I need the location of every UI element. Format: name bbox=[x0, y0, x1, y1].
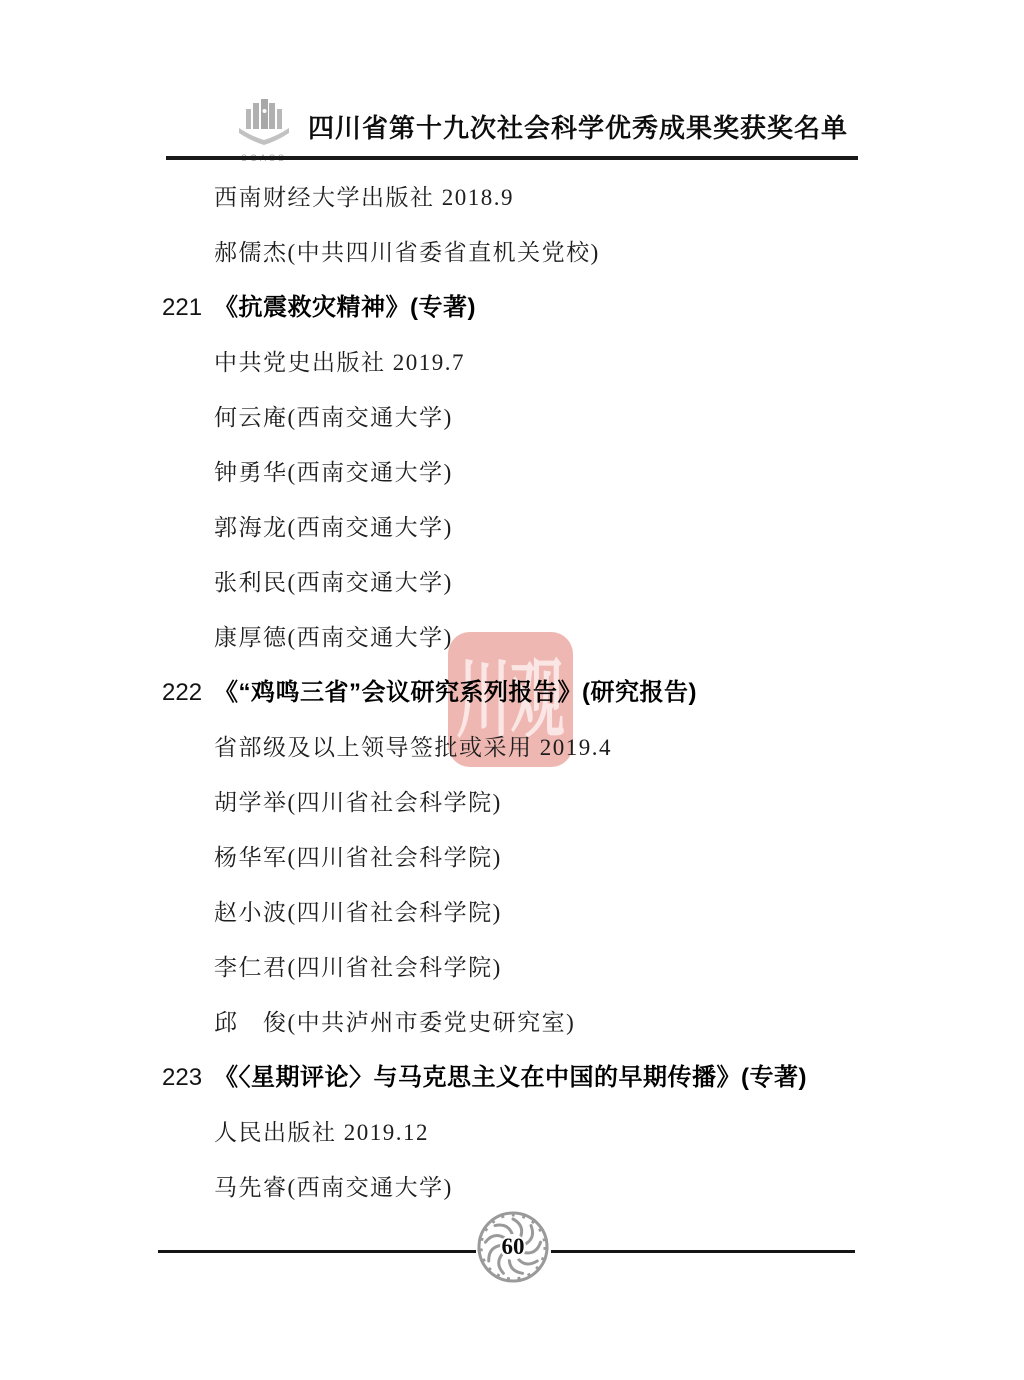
entry-detail: 马先睿(西南交通大学) bbox=[0, 1160, 1024, 1215]
entry-detail: 康厚德(西南交通大学) bbox=[0, 610, 1024, 665]
entry-221-head: 221《抗震救灾精神》(专著) bbox=[0, 280, 1024, 335]
page-title: 四川省第十九次社会科学优秀成果奖获奖名单 bbox=[308, 99, 848, 157]
entry-detail: 何云庵(西南交通大学) bbox=[0, 390, 1024, 445]
entry-number: 222 bbox=[162, 665, 214, 720]
entry-detail: 邱 俊(中共泸州市委党史研究室) bbox=[0, 995, 1024, 1050]
entry-detail: 张利民(西南交通大学) bbox=[0, 555, 1024, 610]
page-number: 60 bbox=[477, 1211, 549, 1283]
header-divider bbox=[166, 156, 858, 160]
entry-title: 《〈星期评论〉与马克思主义在中国的早期传播》(专著) bbox=[214, 1064, 807, 1091]
entry-detail: 胡学举(四川省社会科学院) bbox=[0, 775, 1024, 830]
footer-divider-left bbox=[158, 1250, 476, 1253]
entry-detail: 李仁君(四川省社会科学院) bbox=[0, 940, 1024, 995]
entry-detail: 省部级及以上领导签批或采用 2019.4 bbox=[0, 720, 1024, 775]
sgass-logo: SGASS bbox=[234, 97, 294, 163]
entry-223-head: 223《〈星期评论〉与马克思主义在中国的早期传播》(专著) bbox=[0, 1050, 1024, 1105]
award-list: 西南财经大学出版社 2018.9 郝儒杰(中共四川省委省直机关党校) 221《抗… bbox=[0, 170, 1024, 1215]
entry-title: 《抗震救灾精神》(专著) bbox=[214, 294, 476, 321]
entry-detail: 郭海龙(西南交通大学) bbox=[0, 500, 1024, 555]
entry-detail: 钟勇华(西南交通大学) bbox=[0, 445, 1024, 500]
entry-title: 《“鸡鸣三省”会议研究系列报告》(研究报告) bbox=[214, 679, 697, 706]
entry-detail: 人民出版社 2019.12 bbox=[0, 1105, 1024, 1160]
continuation-line: 西南财经大学出版社 2018.9 bbox=[0, 170, 1024, 225]
continuation-line: 郝儒杰(中共四川省委省直机关党校) bbox=[0, 225, 1024, 280]
entry-detail: 杨华军(四川省社会科学院) bbox=[0, 830, 1024, 885]
document-page: SGASS 四川省第十九次社会科学优秀成果奖获奖名单 川 观 西南财经大学出版社… bbox=[0, 0, 1024, 1380]
entry-detail: 中共党史出版社 2019.7 bbox=[0, 335, 1024, 390]
entry-detail: 赵小波(四川省社会科学院) bbox=[0, 885, 1024, 940]
entry-number: 223 bbox=[162, 1050, 214, 1105]
entry-number: 221 bbox=[162, 280, 214, 335]
entry-222-head: 222《“鸡鸣三省”会议研究系列报告》(研究报告) bbox=[0, 665, 1024, 720]
sgass-logo-icon bbox=[236, 97, 292, 147]
footer-divider-right bbox=[551, 1250, 855, 1253]
